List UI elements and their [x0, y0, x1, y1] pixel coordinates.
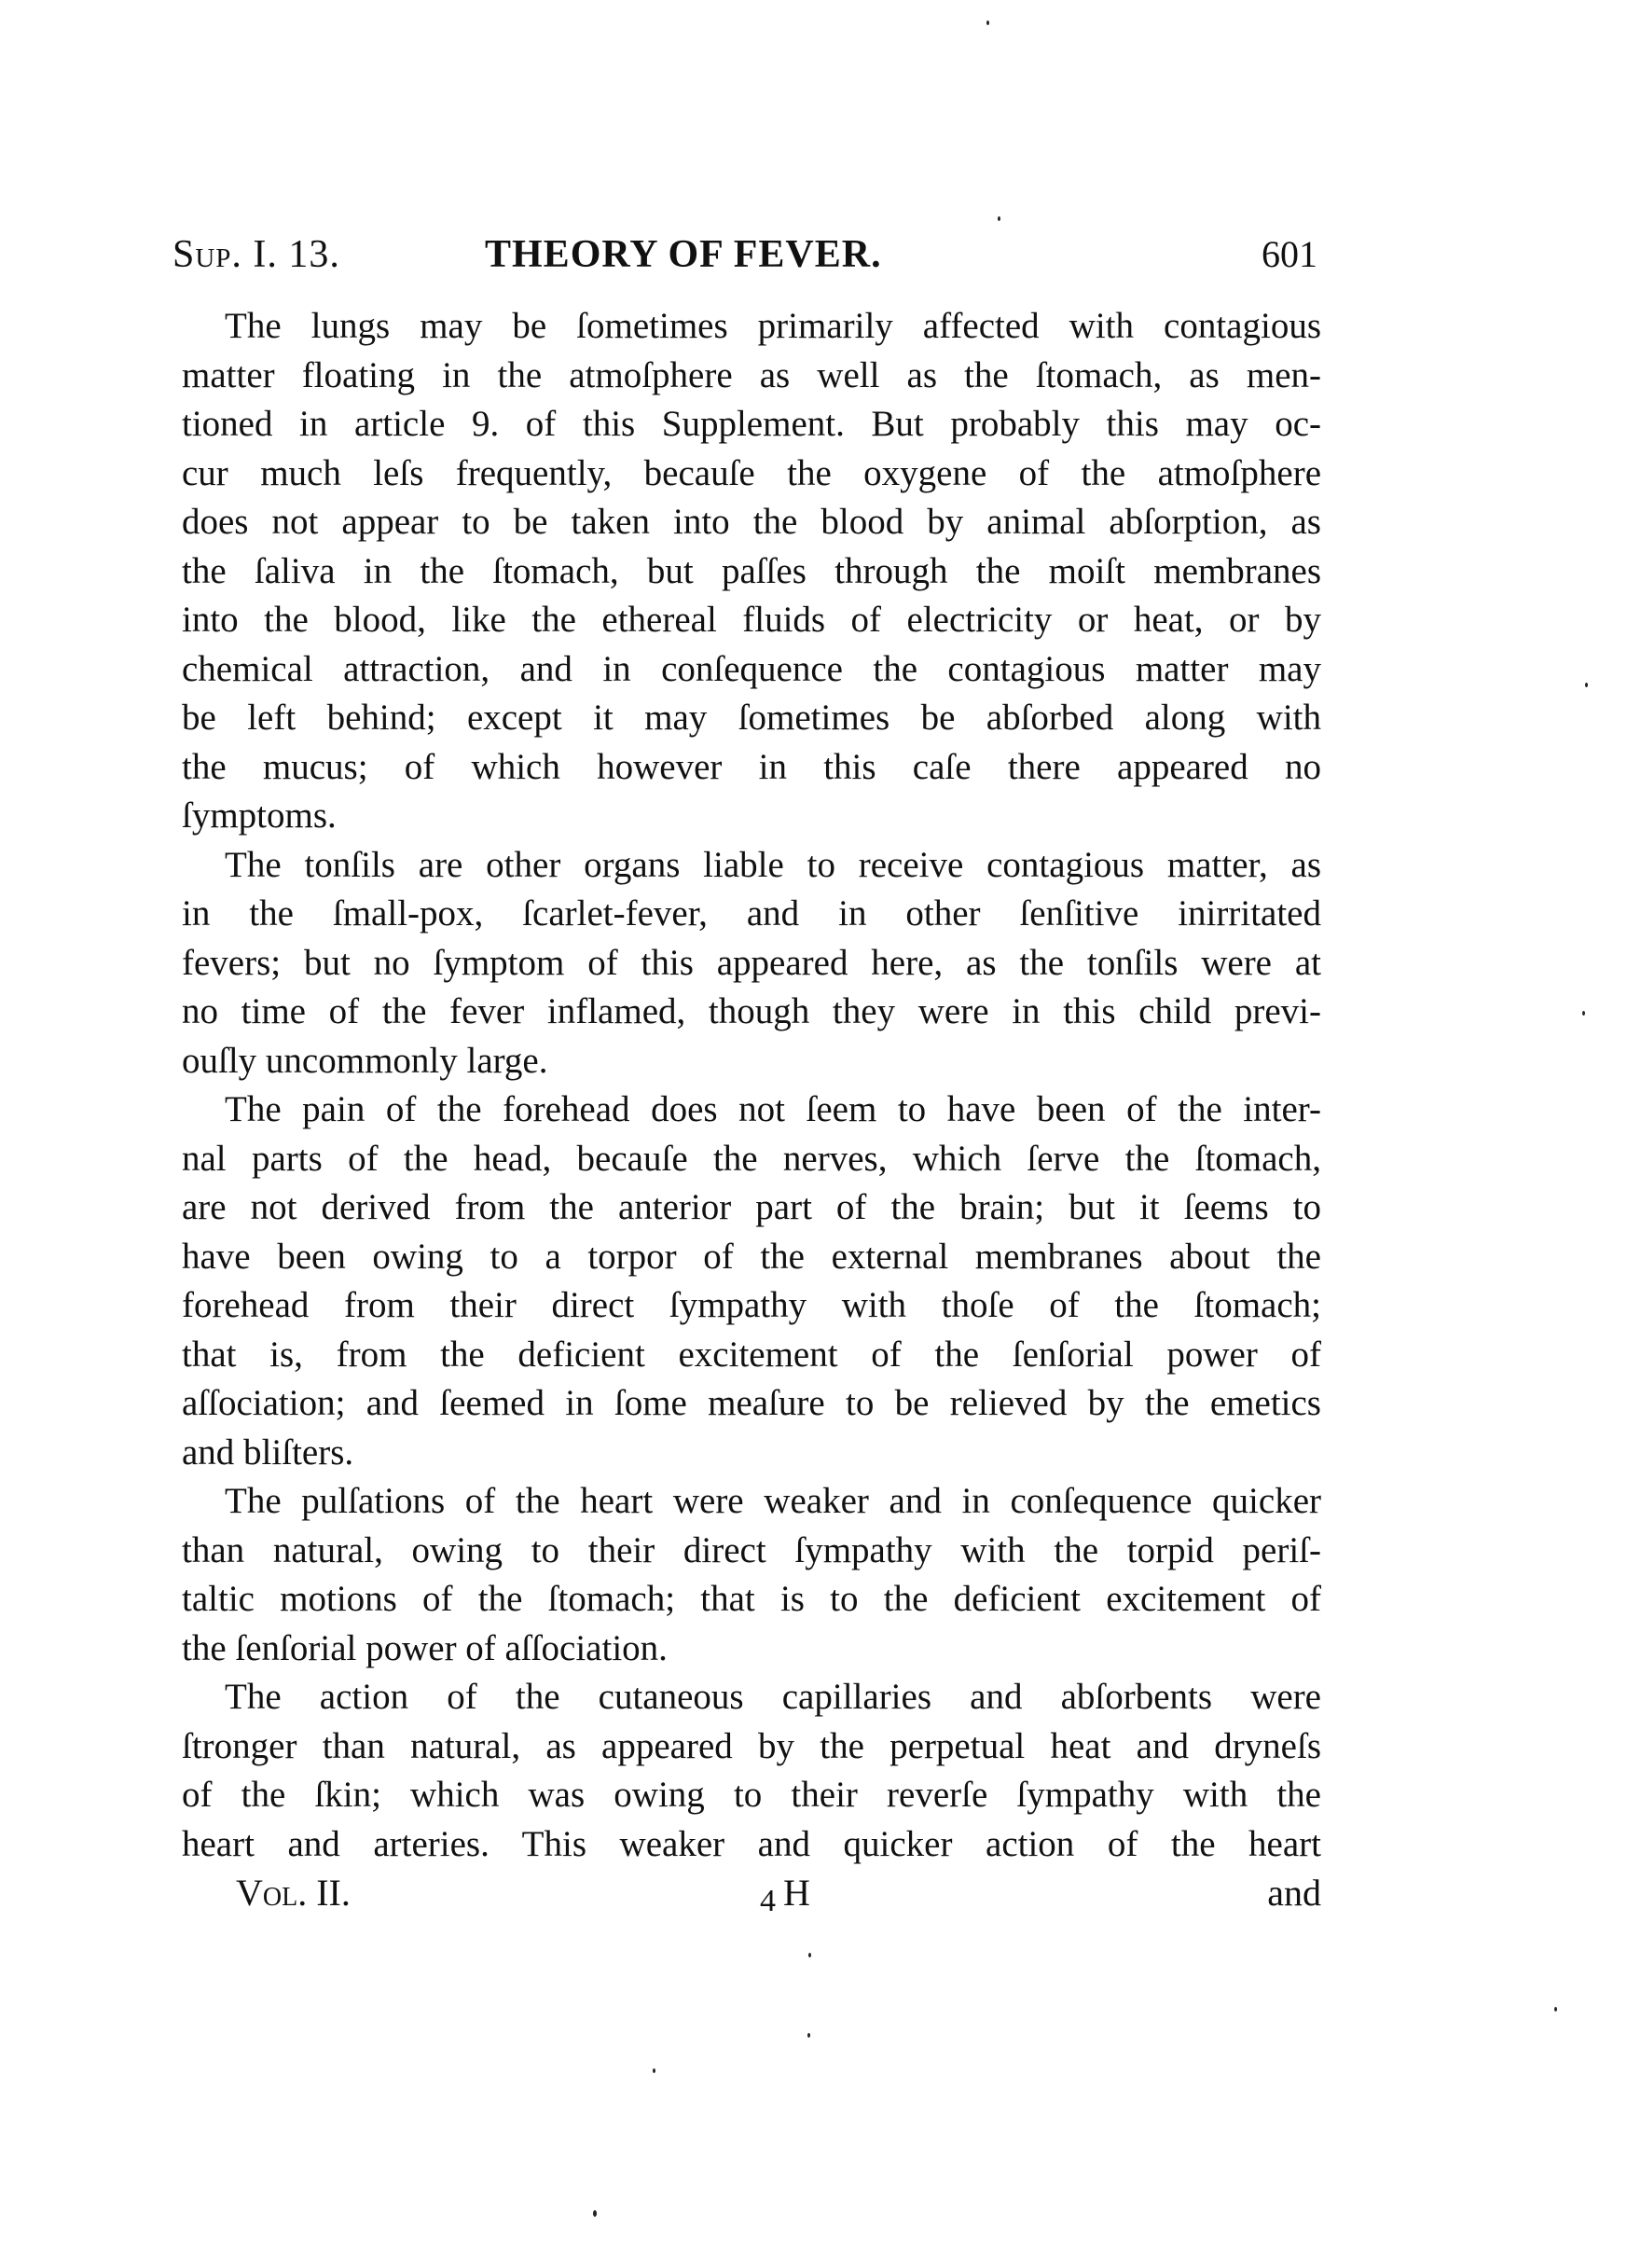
page-title: THEORY OF FEVER.	[485, 231, 882, 278]
paragraph-lungs: The lungs may be ſometimes primarily aff…	[182, 302, 1321, 841]
book-page: Sup. I. 13. THEORY OF FEVER. 601 The lun…	[0, 0, 1641, 2268]
text-line: aſſociation; and ſeemed in ſome meaſure …	[182, 1379, 1321, 1429]
text-line: ſymptoms.	[182, 792, 1321, 841]
scan-speck	[653, 2068, 655, 2073]
signature-number: 4	[760, 1884, 776, 1918]
text-line: The pulſations of the heart were weaker …	[182, 1477, 1321, 1527]
text-line: The action of the cutaneous capillaries …	[182, 1673, 1321, 1722]
body-text: The lungs may be ſometimes primarily aff…	[182, 302, 1321, 1869]
text-line: be left behind; except it may ſometimes …	[182, 694, 1321, 743]
scan-speck	[998, 216, 1000, 221]
text-line: the mucus; of which however in this caſe…	[182, 743, 1321, 793]
text-line: The tonſils are other organs liable to r…	[182, 841, 1321, 891]
text-line: forehead from their direct ſympathy with…	[182, 1281, 1321, 1331]
text-line: into the blood, like the ethereal fluids…	[182, 596, 1321, 645]
scan-speck	[593, 2210, 597, 2217]
text-line: chemical attraction, and in conſequence …	[182, 645, 1321, 695]
text-line: The pain of the forehead does not ſeem t…	[182, 1086, 1321, 1135]
section-reference: Sup. I. 13.	[172, 231, 340, 278]
text-line: fevers; but no ſymptom of this appeared …	[182, 939, 1321, 989]
scan-speck	[807, 2033, 810, 2038]
scan-speck	[1585, 683, 1588, 687]
scan-speck	[1554, 2007, 1557, 2012]
text-line: taltic motions of the ſtomach; that is t…	[182, 1575, 1321, 1625]
page-number: 601	[1262, 231, 1317, 278]
text-line: ſtronger than natural, as appeared by th…	[182, 1722, 1321, 1772]
text-line: are not derived from the anterior part o…	[182, 1183, 1321, 1233]
signature-letter: H	[783, 1872, 810, 1914]
text-line: tioned in article 9. of this Supplement.…	[182, 400, 1321, 449]
text-line: ouſly uncommonly large.	[182, 1037, 1321, 1086]
volume-label: Vol. II.	[236, 1869, 351, 1917]
paragraph-heart: The pulſations of the heart were weaker …	[182, 1477, 1321, 1673]
scan-speck	[808, 1953, 811, 1957]
text-line: have been owing to a torpor of the exter…	[182, 1233, 1321, 1282]
text-line: no time of the fever inflamed, though th…	[182, 988, 1321, 1037]
text-line: cur much leſs frequently, becauſe the ox…	[182, 449, 1321, 499]
paragraph-forehead: The pain of the forehead does not ſeem t…	[182, 1086, 1321, 1477]
scan-speck	[1582, 1011, 1585, 1016]
text-line: than natural, owing to their direct ſymp…	[182, 1527, 1321, 1576]
paragraph-capillaries: The action of the cutaneous capillaries …	[182, 1673, 1321, 1869]
text-line: that is, from the deficient excitement o…	[182, 1331, 1321, 1380]
text-line: The lungs may be ſometimes primarily aff…	[182, 302, 1321, 352]
text-line: does not appear to be taken into the blo…	[182, 498, 1321, 547]
text-line: matter floating in the atmoſphere as wel…	[182, 352, 1321, 401]
text-line: the ſaliva in the ſtomach, but paſſes th…	[182, 547, 1321, 597]
text-line: of the ſkin; which was owing to their re…	[182, 1771, 1321, 1820]
scan-speck	[986, 21, 989, 25]
paragraph-tonsils: The tonſils are other organs liable to r…	[182, 841, 1321, 1086]
signature-mark: 4H	[760, 1869, 810, 1920]
text-line: heart and arteries. This weaker and quic…	[182, 1820, 1321, 1870]
text-line: the ſenſorial power of aſſociation.	[182, 1625, 1321, 1674]
text-line: nal parts of the head, becauſe the nerve…	[182, 1135, 1321, 1184]
page-footer: Vol. II. 4H and	[182, 1869, 1321, 1917]
text-line: in the ſmall-pox, ſcarlet-fever, and in …	[182, 890, 1321, 939]
catchword: and	[1267, 1869, 1321, 1917]
running-head: Sup. I. 13. THEORY OF FEVER. 601	[172, 231, 1317, 278]
text-line: and bliſters.	[182, 1429, 1321, 1478]
